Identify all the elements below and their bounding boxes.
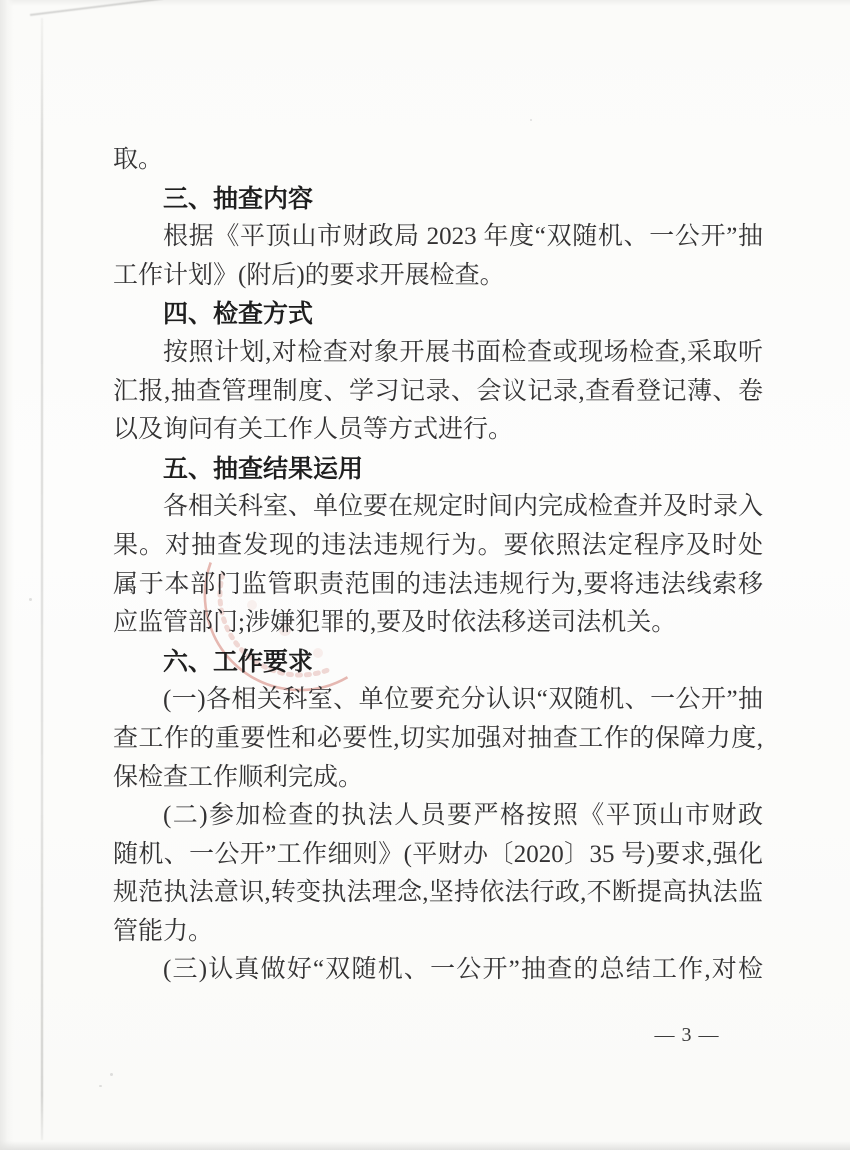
scan-speck: [530, 119, 532, 121]
page-number: — 3 —: [632, 1022, 742, 1048]
text-line: 随机、一公开”工作细则》(平财办〔2020〕35 号)要求,强化: [113, 836, 763, 875]
text-line: 各相关科室、单位要在规定时间内完成检查并及时录入结: [113, 488, 763, 527]
text-line: 按照计划,对检查对象开展书面检查或现场检查,采取听取: [113, 334, 763, 373]
scan-speck: [29, 598, 32, 601]
text-line: (二)参加检查的执法人员要严格按照《平顶山市财政局“双: [113, 797, 763, 836]
text-line: 查工作的重要性和必要性,切实加强对抽查工作的保障力度,确: [113, 720, 763, 759]
text-line: 果。对抽查发现的违法违规行为。要依照法定程序及时处理;不: [113, 527, 763, 566]
section-heading: 四、检查方式: [113, 295, 763, 334]
document-page: 取。三、抽查内容根据《平顶山市财政局 2023 年度“双随机、一公开”抽查工作计…: [0, 0, 850, 1150]
section-heading: 六、工作要求: [113, 643, 763, 682]
document-text: 取。三、抽查内容根据《平顶山市财政局 2023 年度“双随机、一公开”抽查工作计…: [113, 141, 763, 990]
text-line: 以及询问有关工作人员等方式进行。: [113, 411, 763, 450]
text-line: 根据《平顶山市财政局 2023 年度“双随机、一公开”抽查: [113, 218, 763, 257]
section-heading: 三、抽查内容: [113, 180, 763, 219]
text-line: 规范执法意识,转变执法理念,坚持依法行政,不断提高执法监: [113, 874, 763, 913]
text-line: 管能力。: [113, 913, 763, 952]
section-heading: 五、抽查结果运用: [113, 450, 763, 489]
scan-speck: [99, 1085, 102, 1087]
text-line: (三)认真做好“双随机、一公开”抽查的总结工作,对检: [113, 951, 763, 990]
text-line: 保检查工作顺利完成。: [113, 759, 763, 798]
text-line: 属于本部门监管职责范围的违法违规行为,要将违法线索移送相: [113, 566, 763, 605]
text-line: 应监管部门;涉嫌犯罪的,要及时依法移送司法机关。: [113, 604, 763, 643]
text-line: 工作计划》(附后)的要求开展检查。: [113, 257, 763, 296]
scan-speck: [110, 1073, 113, 1076]
text-line: 汇报,抽查管理制度、学习记录、会议记录,查看登记薄、卷宗: [113, 373, 763, 412]
text-line: (一)各相关科室、单位要充分认识“双随机、一公开”抽: [113, 681, 763, 720]
scan-fold-line: [41, 18, 43, 1140]
scan-left-edge: [0, 0, 14, 1150]
scan-bottom-edge: [0, 1141, 850, 1150]
text-line: 取。: [113, 141, 763, 180]
